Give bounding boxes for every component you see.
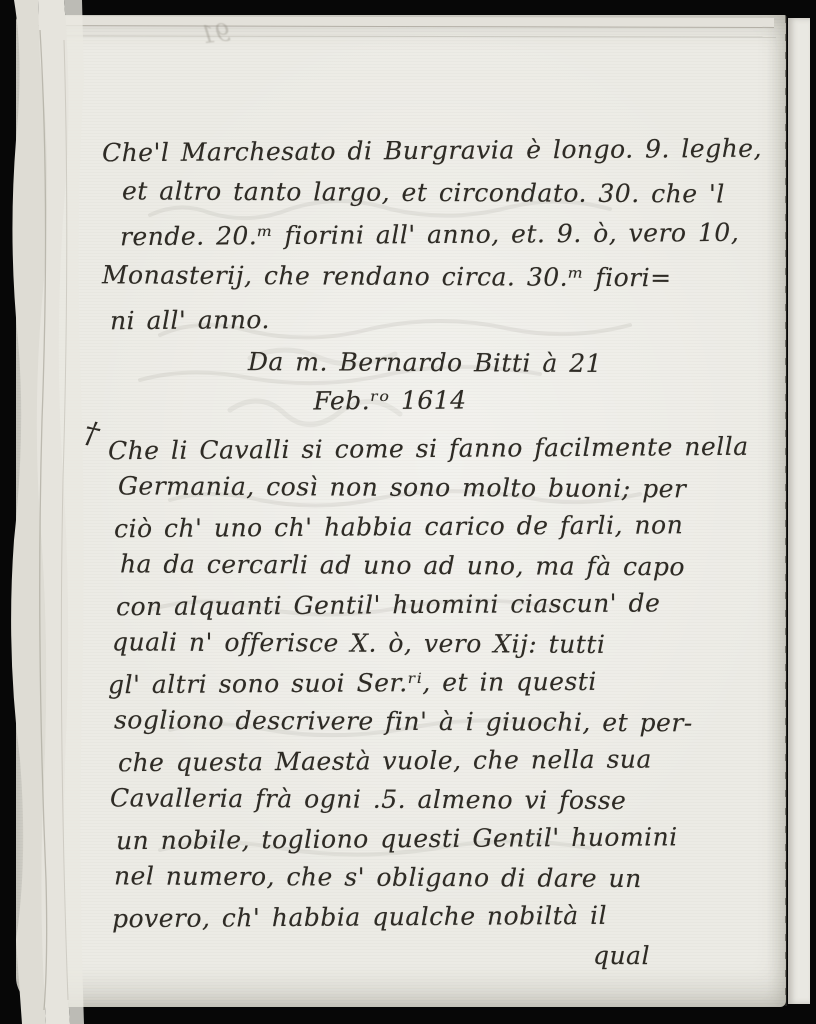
manuscript-line: Cavalleria frà ogni .5. almeno vi fosse — [110, 778, 750, 820]
manuscript-scan: † 91 Che'l Marchesato di Burgravia è lon… — [0, 0, 816, 1024]
manuscript-line: rende. 20.ᵐ fiorini all' anno, et. 9. ò,… — [120, 212, 750, 258]
page-seam — [785, 16, 787, 1006]
manuscript-line: et altro tanto largo, et circondato. 30.… — [122, 170, 750, 215]
manuscript-line: un nobile, togliono questi Gentil' huomi… — [116, 817, 750, 860]
manuscript-line: con alquanti Gentil' huomini ciascun' de — [116, 583, 750, 626]
manuscript-line: quali n' offerisce X. ò, vero Xij: tutti — [112, 622, 750, 664]
attribution-date: Feb.ʳᵒ 1614 — [100, 380, 680, 422]
manuscript-line: ni all' anno. — [110, 296, 750, 342]
manuscript-line: povero, ch' habbia qualche nobiltà il — [112, 895, 750, 938]
next-page-edge — [788, 18, 810, 1004]
attribution-line: Da m. Bernardo Bitti à 21 — [100, 342, 750, 383]
manuscript-line: sogliono descrivere fin' à i giuochi, et… — [114, 700, 750, 742]
folio-number-showthrough: 91 — [199, 18, 232, 49]
catchword: qual — [100, 934, 750, 975]
manuscript-line: Germania, così non sono molto buoni; per — [118, 466, 750, 508]
manuscript-line: gl' altri sono suoi Ser.ʳⁱ, et in questi — [108, 661, 750, 704]
paragraph-marchesato: Che'l Marchesato di Burgravia è longo. 9… — [100, 130, 750, 340]
manuscript-line: ha da cercarli ad uno ad uno, ma fà capo — [120, 544, 750, 586]
top-leaf-edge — [34, 16, 774, 28]
manuscript-line: ciò ch' uno ch' habbia carico de farli, … — [114, 505, 750, 548]
manuscript-line: Monasterij, che rendano circa. 30.ᵐ fior… — [102, 254, 750, 299]
manuscript-line: che questa Maestà vuole, che nella sua — [118, 739, 750, 782]
attribution-block: Da m. Bernardo Bitti à 21 Feb.ʳᵒ 1614 — [100, 344, 750, 420]
top-leaf-edge-secondary — [60, 30, 776, 37]
manuscript-line: nel numero, che s' obligano di dare un — [114, 856, 750, 898]
manuscript-line: Che li Cavalli si come si fanno facilmen… — [108, 427, 750, 470]
paragraph-cavalli: Che li Cavalli si come si fanno facilmen… — [100, 429, 750, 974]
manuscript-text: Che'l Marchesato di Burgravia è longo. 9… — [100, 130, 750, 974]
manuscript-line: Che'l Marchesato di Burgravia è longo. 9… — [102, 128, 750, 175]
